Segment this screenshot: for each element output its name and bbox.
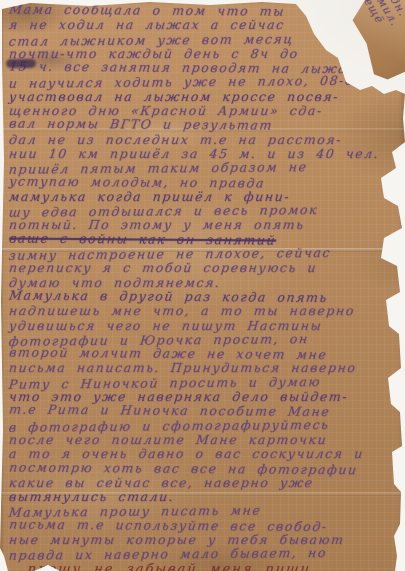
handwriting-line: переписку я с тобой соревнуюсь и xyxy=(8,261,402,275)
crossed-out-word-ink-blot xyxy=(6,59,36,68)
handwriting-line: я не ходил на лыжах а сейчас xyxy=(8,18,402,32)
bottom-cutoff-line: прошу не забывай меня пиши чаще обо всём xyxy=(27,562,328,571)
handwriting-line: участвовал на лыжном кроссе посвя- xyxy=(8,90,402,104)
scanner-background: Мама сообщала о том что тыя не ходил на … xyxy=(0,0,405,571)
handwriting-line: правда их наверно мало бывает, но xyxy=(8,546,402,564)
handwriting-line: удивишься чего не пишут Настины xyxy=(8,319,402,333)
handwriting-text-block: Мама сообщала о том что тыя не ходил на … xyxy=(9,4,401,562)
letter-paper: Мама сообщала о том что тыя не ходил на … xyxy=(0,0,405,571)
handwriting-line: письма написать. Принудиться наверно xyxy=(8,361,402,375)
handwriting-line: надпишешь мне что, а то ты наверно xyxy=(8,304,402,318)
handwriting-line: какие вы сейчас все, наверно уже xyxy=(8,476,402,490)
handwriting-line: дал не из последних т.е на расстоя- xyxy=(8,133,402,147)
